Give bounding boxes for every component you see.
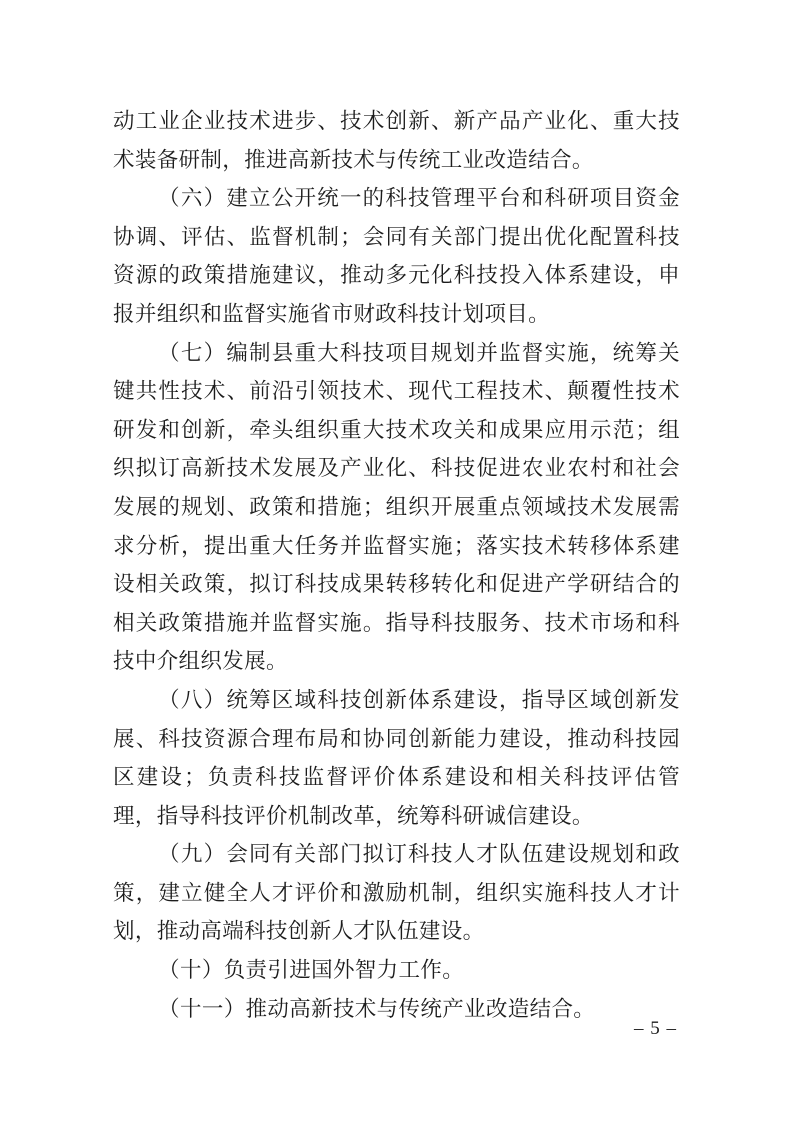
paragraph-item-7: （七）编制县重大科技项目规划并监督实施，统筹关键共性技术、前沿引领技术、现代工程… [113,334,680,681]
document-text-block: 动工业企业技术进步、技术创新、新产品产业化、重大技术装备研制，推进高新技术与传统… [113,102,680,1028]
paragraph-continuation: 动工业企业技术进步、技术创新、新产品产业化、重大技术装备研制，推进高新技术与传统… [113,102,680,179]
paragraph-item-6: （六）建立公开统一的科技管理平台和科研项目资金协调、评估、监督机制；会同有关部门… [113,179,680,333]
paragraph-item-11: （十一）推动高新技术与传统产业改造结合。 [113,990,680,1029]
paragraph-item-9: （九）会同有关部门拟订科技人才队伍建设规划和政策，建立健全人才评价和激励机制，组… [113,835,680,951]
paragraph-item-10: （十）负责引进国外智力工作。 [113,951,680,990]
document-page: 动工业企业技术进步、技术创新、新产品产业化、重大技术装备研制，推进高新技术与传统… [0,0,793,1122]
page-number: – 5 – [634,1014,677,1044]
paragraph-item-8: （八）统筹区域科技创新体系建设，指导区域创新发展、科技资源合理布局和协同创新能力… [113,681,680,835]
